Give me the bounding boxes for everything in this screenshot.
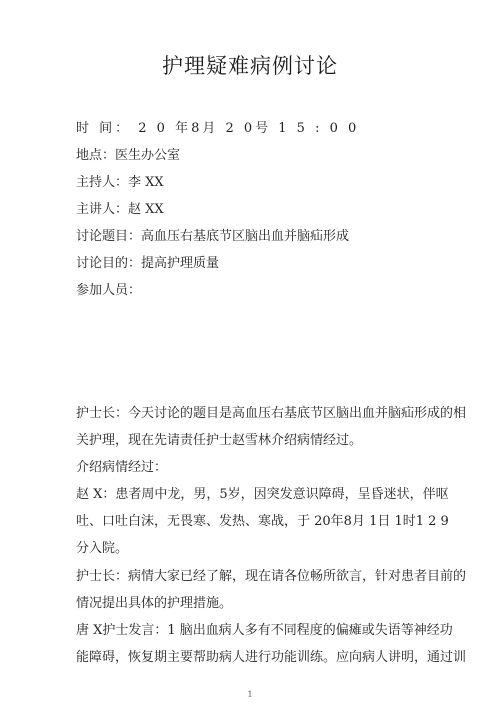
field-host: 主持人：李 XX: [76, 171, 164, 190]
paragraph-line: 能障碍，恢复期主要帮助病人进行功能训练。应向病人讲明，通过训: [76, 644, 428, 671]
field-location: 地点：医生办公室: [76, 144, 180, 163]
paragraph-line: 吐、口吐白沫，无畏寒、发热、寒战，于 20年8月 1日 1时1 2 9: [76, 508, 428, 535]
paragraph-line: 赵 X：患者周中龙，男，5岁，因突发意识障碍，呈昏迷状，伴呕: [76, 481, 428, 508]
paragraph-line: 介绍病情经过：: [76, 454, 428, 481]
document-title: 护理疑难病例讨论: [0, 50, 500, 80]
page-number: 1: [0, 690, 500, 699]
paragraph-line: 护士长：病情大家已经了解，现在请各位畅所欲言，针对患者目前的: [76, 563, 428, 590]
document-page: 护理疑难病例讨论 时 间： 2 0 年8月 2 0号 1 5 : 0 0 地点：…: [0, 0, 500, 707]
paragraph-line: 唐 X护士发言：1 脑出血病人多有不同程度的偏瘫或失语等神经功: [76, 617, 428, 644]
paragraph-nurse-tang-statement: 唐 X护士发言：1 脑出血病人多有不同程度的偏瘫或失语等神经功 能障碍，恢复期主…: [76, 617, 428, 671]
field-time: 时 间： 2 0 年8月 2 0号 1 5 : 0 0: [76, 117, 359, 136]
field-topic: 讨论题目：高血压右基底节区脑出血并脑疝形成: [76, 225, 349, 244]
paragraph-case-description: 赵 X：患者周中龙，男，5岁，因突发意识障碍，呈昏迷状，伴呕 吐、口吐白沫，无畏…: [76, 481, 428, 562]
paragraph-line: 关护理，现在先请责任护士赵雪林介绍病情经过。: [76, 427, 428, 454]
paragraph-head-nurse-intro: 护士长：今天讨论的题目是高血压右基底节区脑出血并脑疝形成的相 关护理，现在先请责…: [76, 400, 428, 454]
paragraph-line: 分入院。: [76, 535, 428, 562]
paragraph-line: 护士长：今天讨论的题目是高血压右基底节区脑出血并脑疝形成的相: [76, 400, 428, 427]
paragraph-line: 情况提出具体的护理措施。: [76, 590, 428, 617]
paragraph-head-nurse-request: 护士长：病情大家已经了解，现在请各位畅所欲言，针对患者目前的 情况提出具体的护理…: [76, 563, 428, 617]
field-speaker: 主讲人：赵 XX: [76, 198, 164, 217]
field-purpose: 讨论目的：提高护理质量: [76, 252, 219, 271]
field-participants: 参加人员：: [76, 279, 141, 298]
paragraph-case-intro-heading: 介绍病情经过：: [76, 454, 428, 481]
